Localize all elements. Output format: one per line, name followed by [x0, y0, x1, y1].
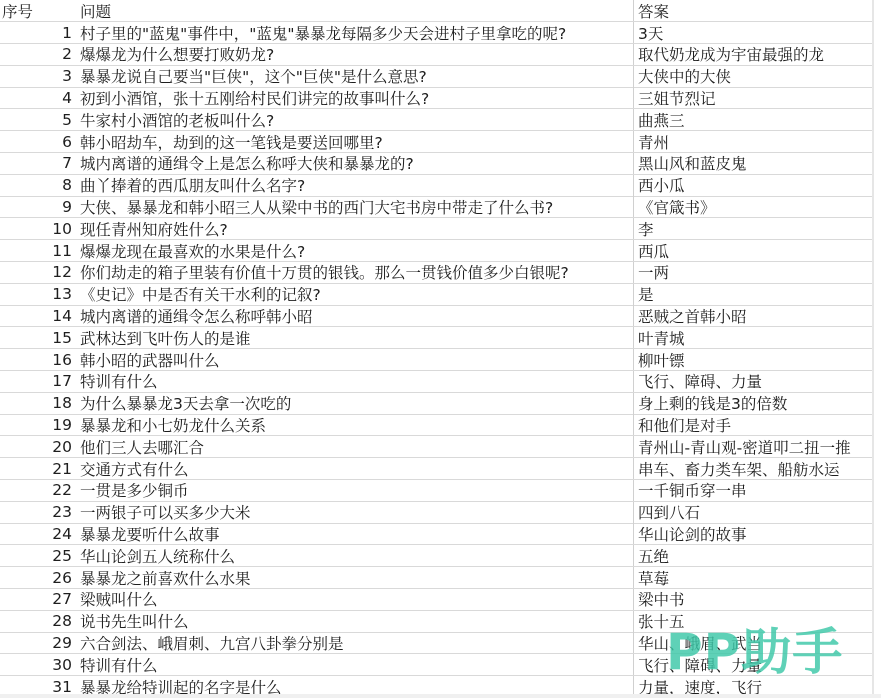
table-row: 5牛家村小酒馆的老板叫什么?曲燕三 [0, 109, 872, 131]
question-cell[interactable]: 为什么暴暴龙3天去拿一次吃的 [76, 393, 634, 414]
table-row: 27梁贼叫什么梁中书 [0, 589, 872, 611]
table-row: 7城内离谱的通缉令上是怎么称呼大侠和暴暴龙的?黑山风和蓝皮鬼 [0, 153, 872, 175]
spreadsheet: 序号 问题 答案 1村子里的"蓝鬼"事件中，"蓝鬼"暴暴龙每隔多少天会进村子里拿… [0, 0, 881, 698]
answer-cell[interactable]: 一千铜币穿一串 [634, 479, 872, 501]
answer-cell[interactable]: 大侠中的大侠 [634, 65, 872, 87]
row-index[interactable]: 7 [0, 154, 76, 172]
question-cell[interactable]: 说书先生叫什么 [76, 611, 634, 632]
answer-cell[interactable]: 西小瓜 [634, 174, 872, 196]
row-index[interactable]: 6 [0, 133, 76, 151]
question-cell[interactable]: 他们三人去哪汇合 [76, 436, 634, 457]
table-row: 14城内离谱的通缉令怎么称呼韩小昭恶贼之首韩小昭 [0, 305, 872, 327]
row-index[interactable]: 4 [0, 89, 76, 107]
answer-cell[interactable]: 张十五 [634, 610, 872, 632]
question-cell[interactable]: 你们劫走的箱子里装有价值十万贯的银钱。那么一贯钱价值多少白银呢? [76, 262, 634, 283]
question-cell[interactable]: 城内离谱的通缉令上是怎么称呼大侠和暴暴龙的? [76, 153, 634, 174]
header-index[interactable]: 序号 [0, 0, 76, 22]
question-cell[interactable]: 交通方式有什么 [76, 458, 634, 479]
table-row: 19暴暴龙和小七奶龙什么关系和他们是对手 [0, 414, 872, 436]
row-index[interactable]: 2 [0, 45, 76, 63]
row-index[interactable]: 28 [0, 612, 76, 630]
row-index[interactable]: 21 [0, 460, 76, 478]
question-cell[interactable]: 爆爆龙为什么想要打败奶龙? [76, 44, 634, 65]
answer-cell[interactable]: 串车、畜力类车架、船舫水运 [634, 458, 872, 480]
table-row: 18为什么暴暴龙3天去拿一次吃的身上剩的钱是3的倍数 [0, 393, 872, 415]
row-index[interactable]: 11 [0, 242, 76, 260]
question-cell[interactable]: 韩小昭劫车，劫到的这一笔钱是要送回哪里? [76, 131, 634, 152]
answer-cell[interactable]: 青州 [634, 131, 872, 153]
table-row: 26暴暴龙之前喜欢什么水果草莓 [0, 567, 872, 589]
answer-cell[interactable]: 恶贼之首韩小昭 [634, 305, 872, 327]
row-index[interactable]: 22 [0, 481, 76, 499]
question-cell[interactable]: 梁贼叫什么 [76, 589, 634, 610]
question-cell[interactable]: 华山论剑五人统称什么 [76, 545, 634, 566]
question-cell[interactable]: 武林达到飞叶伤人的是谁 [76, 327, 634, 348]
answer-cell[interactable]: 华山论剑的故事 [634, 523, 872, 545]
answer-cell[interactable]: 一两 [634, 261, 872, 283]
table-row: 22一贯是多少铜币一千铜币穿一串 [0, 480, 872, 502]
question-cell[interactable]: 暴暴龙要听什么故事 [76, 523, 634, 544]
question-cell[interactable]: 初到小酒馆，张十五刚给村民们讲完的故事叫什么? [76, 87, 634, 108]
question-cell[interactable]: 六合剑法、峨眉刺、九宫八卦拳分别是 [76, 632, 634, 653]
row-index[interactable]: 8 [0, 176, 76, 194]
table-row: 15武林达到飞叶伤人的是谁叶青城 [0, 327, 872, 349]
row-index[interactable]: 12 [0, 263, 76, 281]
answer-cell[interactable]: 取代奶龙成为宇宙最强的龙 [634, 43, 872, 65]
row-index[interactable]: 27 [0, 590, 76, 608]
table-row: 17特训有什么飞行、障碍、力量 [0, 371, 872, 393]
question-cell[interactable]: 韩小昭的武器叫什么 [76, 349, 634, 370]
row-index[interactable]: 30 [0, 656, 76, 674]
question-cell[interactable]: 爆爆龙现在最喜欢的水果是什么? [76, 240, 634, 261]
table-row: 24暴暴龙要听什么故事华山论剑的故事 [0, 523, 872, 545]
row-index[interactable]: 10 [0, 220, 76, 238]
header-row: 序号 问题 答案 [0, 0, 872, 22]
answer-cell[interactable]: 黑山风和蓝皮鬼 [634, 152, 872, 174]
row-index[interactable]: 3 [0, 67, 76, 85]
table-row: 11爆爆龙现在最喜欢的水果是什么?西瓜 [0, 240, 872, 262]
table-row: 10现任青州知府姓什么?李 [0, 218, 872, 240]
answer-cell[interactable]: 华山、峨眉、武当 [634, 632, 872, 654]
sheet-bottom-border [0, 694, 881, 698]
row-index[interactable]: 20 [0, 438, 76, 456]
row-index[interactable]: 19 [0, 416, 76, 434]
row-index[interactable]: 15 [0, 329, 76, 347]
table-row: 12你们劫走的箱子里装有价值十万贯的银钱。那么一贯钱价值多少白银呢?一两 [0, 262, 872, 284]
question-cell[interactable]: 一两银子可以买多少大米 [76, 502, 634, 523]
answer-cell[interactable]: 3天 [634, 22, 872, 44]
table-row: 21交通方式有什么串车、畜力类车架、船舫水运 [0, 458, 872, 480]
answer-cell[interactable]: 李 [634, 218, 872, 240]
question-cell[interactable]: 曲丫捧着的西瓜朋友叫什么名字? [76, 175, 634, 196]
table-row: 29六合剑法、峨眉刺、九宫八卦拳分别是华山、峨眉、武当 [0, 632, 872, 654]
row-index[interactable]: 29 [0, 634, 76, 652]
header-question[interactable]: 问题 [76, 0, 634, 21]
answer-cell[interactable]: 和他们是对手 [634, 414, 872, 436]
answer-cell[interactable]: 三姐节烈记 [634, 87, 872, 109]
row-index[interactable]: 9 [0, 198, 76, 216]
answer-cell[interactable]: 柳叶镖 [634, 349, 872, 371]
row-index[interactable]: 14 [0, 307, 76, 325]
question-cell[interactable]: 一贯是多少铜币 [76, 480, 634, 501]
question-cell[interactable]: 《史记》中是否有关干水利的记叙? [76, 284, 634, 305]
answer-cell[interactable]: 《官箴书》 [634, 196, 872, 218]
row-index[interactable]: 13 [0, 285, 76, 303]
answer-cell[interactable]: 曲燕三 [634, 109, 872, 131]
answer-cell[interactable]: 草莓 [634, 567, 872, 589]
answer-cell[interactable]: 西瓜 [634, 240, 872, 262]
answer-cell[interactable]: 身上剩的钱是3的倍数 [634, 392, 872, 414]
header-answer[interactable]: 答案 [634, 0, 872, 22]
question-cell[interactable]: 暴暴龙之前喜欢什么水果 [76, 567, 634, 588]
question-cell[interactable]: 暴暴龙和小七奶龙什么关系 [76, 414, 634, 435]
question-cell[interactable]: 特训有什么 [76, 654, 634, 675]
table-row: 3暴暴龙说自己要当"巨侠"，这个"巨侠"是什么意思?大侠中的大侠 [0, 66, 872, 88]
answer-cell[interactable]: 是 [634, 283, 872, 305]
row-index[interactable]: 24 [0, 525, 76, 543]
table-row: 25华山论剑五人统称什么五绝 [0, 545, 872, 567]
row-index[interactable]: 18 [0, 394, 76, 412]
row-index[interactable]: 31 [0, 678, 76, 696]
row-index[interactable]: 17 [0, 372, 76, 390]
table-row: 28说书先生叫什么张十五 [0, 611, 872, 633]
table-row: 30特训有什么飞行、障碍、力量 [0, 654, 872, 676]
table-row: 20他们三人去哪汇合青州山-青山观-密道叩二扭一推 [0, 436, 872, 458]
row-index[interactable]: 23 [0, 503, 76, 521]
question-cell[interactable]: 现任青州知府姓什么? [76, 218, 634, 239]
table-row: 6韩小昭劫车，劫到的这一笔钱是要送回哪里?青州 [0, 131, 872, 153]
table-row: 2爆爆龙为什么想要打败奶龙?取代奶龙成为宇宙最强的龙 [0, 44, 872, 66]
table-row: 4初到小酒馆，张十五刚给村民们讲完的故事叫什么?三姐节烈记 [0, 87, 872, 109]
question-cell[interactable]: 城内离谱的通缉令怎么称呼韩小昭 [76, 305, 634, 326]
row-index[interactable]: 25 [0, 547, 76, 565]
answer-cell[interactable]: 青州山-青山观-密道叩二扭一推 [634, 436, 872, 458]
answer-cell[interactable]: 飞行、障碍、力量 [634, 370, 872, 392]
row-index[interactable]: 16 [0, 351, 76, 369]
table-row: 13《史记》中是否有关干水利的记叙?是 [0, 284, 872, 306]
answer-cell[interactable]: 叶青城 [634, 327, 872, 349]
question-cell[interactable]: 村子里的"蓝鬼"事件中，"蓝鬼"暴暴龙每隔多少天会进村子里拿吃的呢? [76, 22, 634, 43]
question-cell[interactable]: 暴暴龙说自己要当"巨侠"，这个"巨侠"是什么意思? [76, 66, 634, 87]
answer-cell[interactable]: 五绝 [634, 545, 872, 567]
question-cell[interactable]: 牛家村小酒馆的老板叫什么? [76, 109, 634, 130]
table-row: 1村子里的"蓝鬼"事件中，"蓝鬼"暴暴龙每隔多少天会进村子里拿吃的呢?3天 [0, 22, 872, 44]
answer-cell[interactable]: 四到八石 [634, 501, 872, 523]
row-index[interactable]: 26 [0, 569, 76, 587]
answer-cell[interactable]: 梁中书 [634, 588, 872, 610]
row-index[interactable]: 1 [0, 24, 76, 42]
question-cell[interactable]: 大侠、暴暴龙和韩小昭三人从梁中书的西门大宅书房中带走了什么书? [76, 196, 634, 217]
question-cell[interactable]: 特训有什么 [76, 371, 634, 392]
table-row: 16韩小昭的武器叫什么柳叶镖 [0, 349, 872, 371]
row-index[interactable]: 5 [0, 111, 76, 129]
table-row: 8曲丫捧着的西瓜朋友叫什么名字?西小瓜 [0, 175, 872, 197]
answer-cell[interactable]: 飞行、障碍、力量 [634, 654, 872, 676]
table-row: 23一两银子可以买多少大米四到八石 [0, 502, 872, 524]
sheet-right-border [872, 0, 874, 698]
table-row: 9大侠、暴暴龙和韩小昭三人从梁中书的西门大宅书房中带走了什么书?《官箴书》 [0, 196, 872, 218]
